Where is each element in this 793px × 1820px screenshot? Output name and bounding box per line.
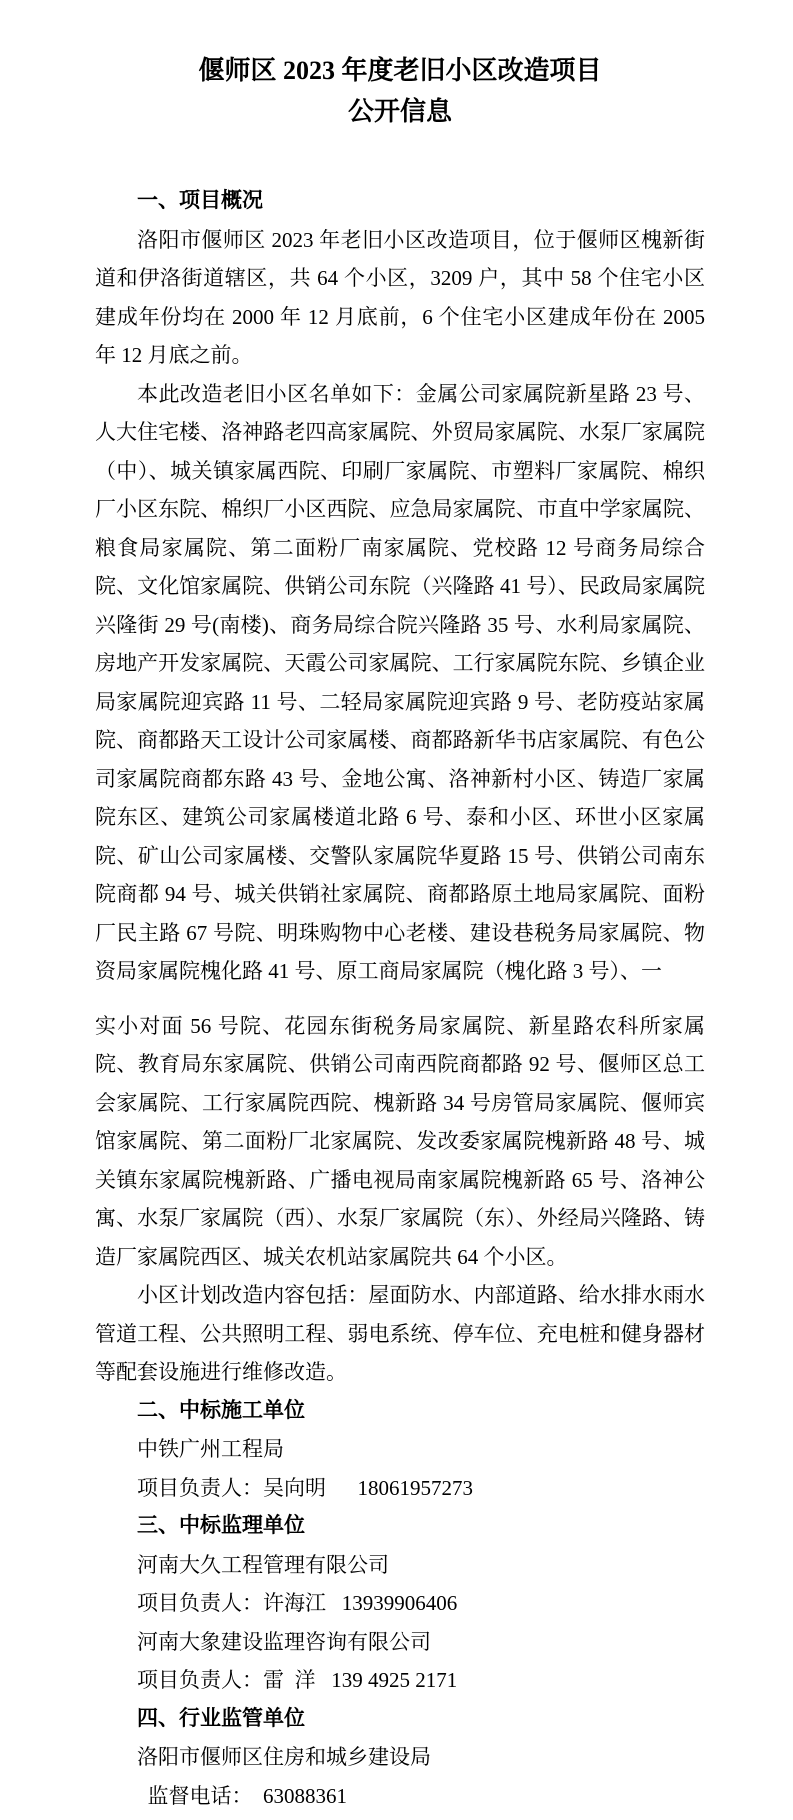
section-heading-industry-regulator: 四、行业监管单位 — [95, 1700, 705, 1739]
section-heading-construction-unit: 二、中标施工单位 — [95, 1392, 705, 1431]
document-page: 偃师区 2023 年度老旧小区改造项目 公开信息 一、项目概况 洛阳市偃师区 2… — [0, 0, 793, 1820]
supervision-company-1-name: 河南大久工程管理有限公司 — [95, 1546, 705, 1585]
paragraph-community-list-part1: 本此改造老旧小区名单如下：金属公司家属院新星路 23 号、人大住宅楼、洛神路老四… — [95, 375, 705, 991]
section-heading-supervision-unit: 三、中标监理单位 — [95, 1507, 705, 1546]
construction-project-manager: 项目负责人：吴向明 18061957273 — [95, 1469, 705, 1508]
title-line-1: 偃师区 2023 年度老旧小区改造项目 — [95, 50, 705, 91]
title-line-2: 公开信息 — [95, 91, 705, 132]
construction-company-name: 中铁广州工程局 — [95, 1430, 705, 1469]
paragraph-community-list-part2: 实小对面 56 号院、花园东街税务局家属院、新星路农科所家属院、教育局东家属院、… — [95, 1007, 705, 1277]
section-industry-regulator: 四、行业监管单位 洛阳市偃师区住房和城乡建设局 监督电话： 63088361 — [95, 1700, 705, 1816]
section-heading-project-overview: 一、项目概况 — [95, 182, 705, 221]
paragraph-renovation-scope: 小区计划改造内容包括：屋面防水、内部道路、给水排水雨水管道工程、公共照明工程、弱… — [95, 1276, 705, 1392]
paragraph-project-summary: 洛阳市偃师区 2023 年老旧小区改造项目，位于偃师区槐新街道和伊洛街道辖区，共… — [95, 221, 705, 375]
section-project-overview: 一、项目概况 洛阳市偃师区 2023 年老旧小区改造项目，位于偃师区槐新街道和伊… — [95, 182, 705, 1392]
supervision-company-2-name: 河南大象建设监理咨询有限公司 — [95, 1623, 705, 1662]
section-construction-unit: 二、中标施工单位 中铁广州工程局 项目负责人：吴向明 18061957273 — [95, 1392, 705, 1508]
regulator-name: 洛阳市偃师区住房和城乡建设局 — [95, 1738, 705, 1777]
section-supervision-unit: 三、中标监理单位 河南大久工程管理有限公司 项目负责人：许海江 13939906… — [95, 1507, 705, 1700]
document-title: 偃师区 2023 年度老旧小区改造项目 公开信息 — [95, 50, 705, 132]
supervision-company-2-manager: 项目负责人：雷 洋 139 4925 2171 — [95, 1661, 705, 1700]
supervision-company-1-manager: 项目负责人：许海江 13939906406 — [95, 1584, 705, 1623]
regulator-hotline: 监督电话： 63088361 — [95, 1777, 705, 1816]
